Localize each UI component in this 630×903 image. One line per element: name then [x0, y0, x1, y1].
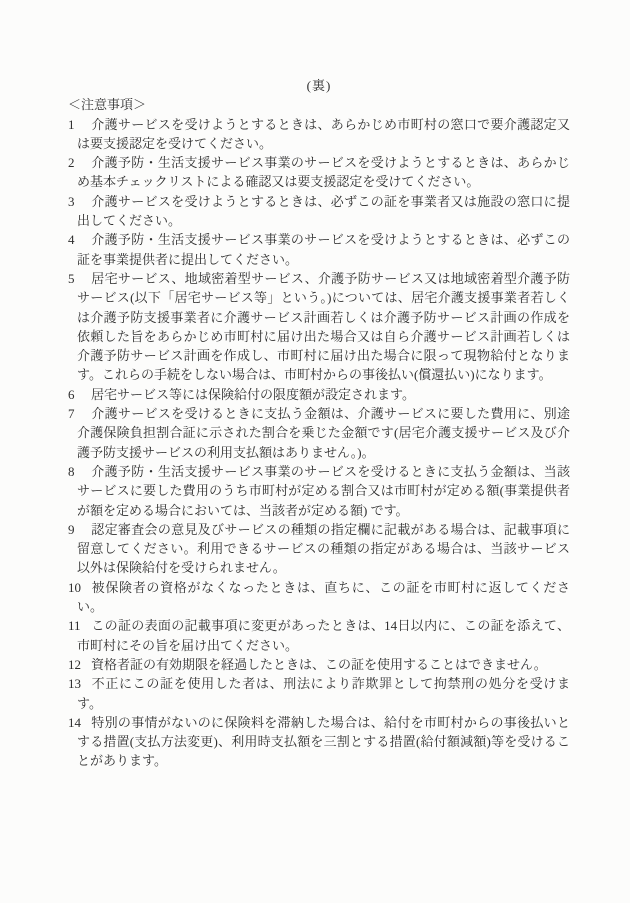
note-item-text: 居宅サービス等には保険給付の限度額が設定されます。	[91, 387, 415, 402]
note-item-text: 居宅サービス、地域密着型サービス、介護予防サービス又は地域密着型介護予防サービス…	[77, 271, 570, 382]
note-item: 5居宅サービス、地域密着型サービス、介護予防サービス又は地域密着型介護予防サービ…	[68, 269, 570, 385]
note-item-text: 介護予防・生活支援サービス事業のサービスを受けるときに支払う金額は、当該サービス…	[77, 464, 570, 518]
note-item-text: 特別の事情がないのに保険料を滞納した場合は、給付を市町村からの事後払いとする措置…	[77, 715, 570, 769]
note-item: 8介護予防・生活支援サービス事業のサービスを受けるときに支払う金額は、当該サービ…	[68, 462, 570, 520]
note-item-number: 13	[68, 674, 82, 693]
note-item: 10被保険者の資格がなくなったときは、直ちに、この証を市町村に返してください。	[68, 578, 570, 617]
note-item: 12資格者証の有効期限を経過したときは、この証を使用することはできません。	[68, 655, 570, 674]
notes-heading: ＜注意事項＞	[68, 95, 570, 114]
note-item-number: 9	[68, 520, 82, 539]
note-item-number: 11	[68, 616, 82, 635]
note-item-number: 5	[68, 269, 82, 288]
note-item-number: 3	[68, 192, 82, 211]
note-item: 4介護予防・生活支援サービス事業のサービスを受けようとするときは、必ずこの証を事…	[68, 230, 570, 269]
note-item: 7介護サービスを受けるときに支払う金額は、介護サービスに要した費用に、別途介護保…	[68, 404, 570, 462]
note-item-number: 1	[68, 115, 82, 134]
note-item: 11この証の表面の記載事項に変更があったときは、14日以内に、この証を添えて、市…	[68, 616, 570, 655]
note-item-text: 不正にこの証を使用した者は、刑法により詐欺罪として拘禁刑の処分を受けます。	[77, 676, 570, 710]
document-content: (裏) ＜注意事項＞ 1介護サービスを受けようとするときは、あらかじめ市町村の窓…	[68, 76, 570, 771]
note-item-number: 2	[68, 153, 82, 172]
note-item-number: 7	[68, 404, 82, 423]
note-item-text: 資格者証の有効期限を経過したときは、この証を使用することはできません。	[91, 657, 547, 672]
note-item-text: 介護サービスを受けるときに支払う金額は、介護サービスに要した費用に、別途介護保険…	[77, 406, 570, 460]
note-item: 2介護予防・生活支援サービス事業のサービスを受けようとするときは、あらかじめ基本…	[68, 153, 570, 192]
note-item-number: 12	[68, 655, 82, 674]
note-item: 14特別の事情がないのに保険料を滞納した場合は、給付を市町村からの事後払いとする…	[68, 713, 570, 771]
note-item-number: 14	[68, 713, 82, 732]
note-item-text: この証の表面の記載事項に変更があったときは、14日以内に、この証を添えて、市町村…	[77, 618, 570, 652]
document-page: (裏) ＜注意事項＞ 1介護サービスを受けようとするときは、あらかじめ市町村の窓…	[0, 0, 630, 903]
note-item-text: 介護予防・生活支援サービス事業のサービスを受けようとするときは、必ずこの証を事業…	[77, 232, 570, 266]
note-item-number: 10	[68, 578, 82, 597]
note-item-text: 介護予防・生活支援サービス事業のサービスを受けようとするときは、あらかじめ基本チ…	[77, 155, 570, 189]
note-item: 3介護サービスを受けようとするときは、必ずこの証を事業者又は施設の窓口に提出して…	[68, 192, 570, 231]
note-item-text: 被保険者の資格がなくなったときは、直ちに、この証を市町村に返してください。	[77, 580, 570, 614]
note-item-number: 8	[68, 462, 82, 481]
note-item-text: 介護サービスを受けようとするときは、あらかじめ市町村の窓口で要介護認定又は要支援…	[77, 117, 570, 151]
note-item-number: 6	[68, 385, 82, 404]
note-item-number: 4	[68, 230, 82, 249]
note-item: 1介護サービスを受けようとするときは、あらかじめ市町村の窓口で要介護認定又は要支…	[68, 115, 570, 154]
page-side-label: (裏)	[68, 76, 570, 95]
note-item: 6居宅サービス等には保険給付の限度額が設定されます。	[68, 385, 570, 404]
note-item: 13不正にこの証を使用した者は、刑法により詐欺罪として拘禁刑の処分を受けます。	[68, 674, 570, 713]
note-item-text: 介護サービスを受けようとするときは、必ずこの証を事業者又は施設の窓口に提出してく…	[77, 194, 570, 228]
note-item: 9認定審査会の意見及びサービスの種類の指定欄に記載がある場合は、記載事項に留意し…	[68, 520, 570, 578]
note-item-text: 認定審査会の意見及びサービスの種類の指定欄に記載がある場合は、記載事項に留意して…	[77, 522, 570, 576]
